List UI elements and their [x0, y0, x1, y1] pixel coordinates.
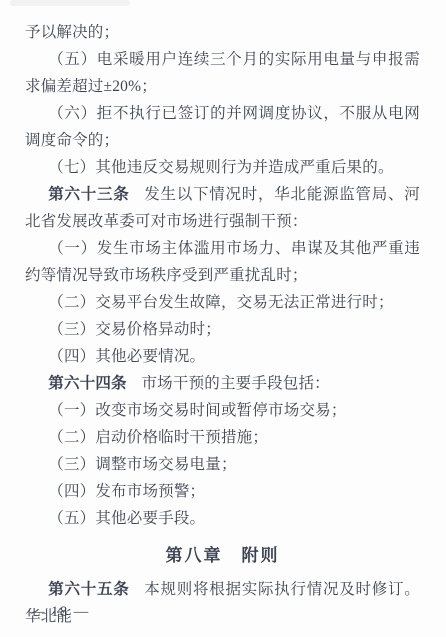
- list-item-5b: （五）其他必要手段。: [25, 505, 420, 532]
- list-item-5: （五）电采暖用户连续三个月的实际用电量与申报需求偏差超过±20%；: [25, 46, 420, 100]
- page-number: — 18 —: [30, 603, 90, 621]
- article-63: 第六十三条发生以下情况时，华北能源监管局、河北省发展改革委可对市场进行强制干预：: [25, 181, 420, 235]
- list-item-4b: （四）发布市场预警；: [25, 478, 420, 505]
- list-item-6: （六）拒不执行已签订的并网调度协议，不服从电网调度命令的；: [25, 100, 420, 154]
- list-item-2: （二）交易平台发生故障，交易无法正常进行时；: [25, 289, 420, 316]
- document-page: 予以解决的； （五）电采暖用户连续三个月的实际用电量与申报需求偏差超过±20%；…: [0, 0, 446, 637]
- article-63-number: 第六十三条: [48, 186, 129, 203]
- article-64: 第六十四条市场干预的主要手段包括：: [25, 370, 420, 397]
- paragraph-continuation: 予以解决的；: [25, 19, 420, 46]
- list-item-1: （一）发生市场主体滥用市场力、串谋及其他严重违约等情况导致市场秩序受到严重扰乱时…: [25, 235, 420, 289]
- list-item-3: （三）交易价格异动时；: [25, 316, 420, 343]
- article-65-number: 第六十五条: [48, 581, 129, 598]
- article-64-number: 第六十四条: [48, 375, 127, 392]
- list-item-2b: （二）启动价格临时干预措施；: [25, 424, 420, 451]
- list-item-3b: （三）调整市场交易电量；: [25, 451, 420, 478]
- list-item-1b: （一）改变市场交易时间或暂停市场交易；: [25, 397, 420, 424]
- scan-artifact: [10, 0, 130, 6]
- list-item-4: （四）其他必要情况。: [25, 343, 420, 370]
- article-64-text: 市场干预的主要手段包括：: [141, 375, 329, 392]
- document-body: 予以解决的； （五）电采暖用户连续三个月的实际用电量与申报需求偏差超过±20%；…: [25, 19, 420, 630]
- chapter-heading: 第八章 附则: [25, 542, 420, 569]
- list-item-7: （七）其他违反交易规则行为并造成严重后果的。: [25, 154, 420, 181]
